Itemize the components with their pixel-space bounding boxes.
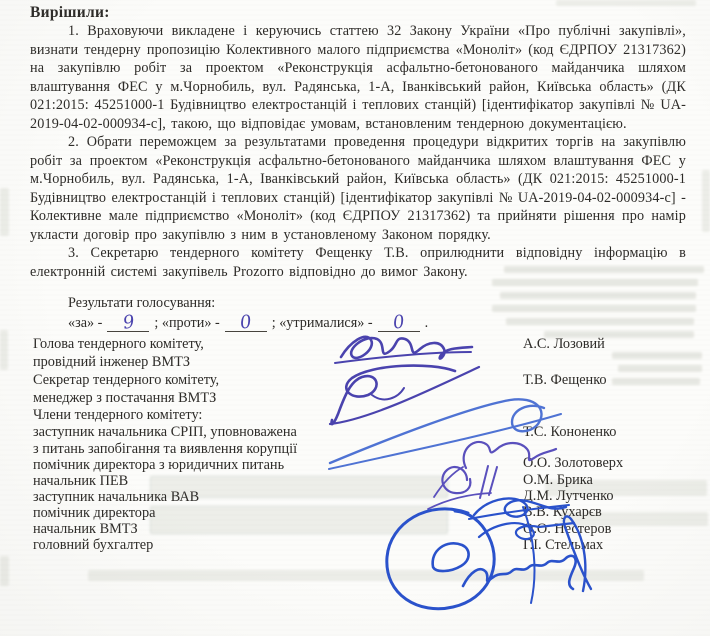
- voting-period: .: [425, 315, 429, 331]
- signatory-name: О.М. Брика: [523, 472, 593, 489]
- vote-abstained-label: ; «утрималися» -: [272, 315, 373, 331]
- signatory-role-line: з питань запобігання та виявлення корупц…: [33, 441, 297, 458]
- signatory-name: Т.С. Кононенко: [523, 424, 616, 441]
- signatory-name: Д.М. Лутченко: [523, 488, 613, 505]
- signatory-role-line: помічник директора: [33, 505, 155, 522]
- vote-against-blank: 0: [225, 314, 267, 332]
- voting-results: Результати голосування: «за» -9; «проти»…: [68, 294, 686, 332]
- resolution-heading: Вирішили:: [30, 3, 686, 22]
- bleedthrough-mid-right: [612, 352, 706, 391]
- resolution-paragraph-3: 3. Секретарю тендерного комітету Фещенку…: [30, 244, 686, 281]
- vote-for-blank: 9: [107, 314, 149, 332]
- bleedthrough-table-row: [150, 506, 448, 534]
- document-page: Вирішили: 1. Враховуючи викладене і керу…: [0, 0, 710, 636]
- signature-lutchenko: [428, 493, 491, 509]
- signature-feshchenko: [330, 366, 479, 425]
- signatory-role-line: провідний інженер ВМТЗ: [33, 354, 190, 371]
- bleedthrough-left-edge: [0, 188, 9, 236]
- signature-lozovyi: [335, 337, 472, 363]
- signatory-role-line: Члени тендерного комітету:: [33, 407, 202, 424]
- resolution-body: Вирішили: 1. Враховуючи викладене і керу…: [30, 3, 686, 332]
- vote-abstained-value: 0: [392, 314, 406, 331]
- signatory-role-line: начальник ВМТЗ: [33, 521, 138, 538]
- signatory-role-line: Голова тендерного комітету,: [33, 336, 204, 353]
- signatory-role-line: начальник ПЕВ: [33, 473, 128, 490]
- signatory-role-line: менеджер з постачання ВМТЗ: [33, 390, 216, 407]
- vote-against-value: 0: [239, 314, 253, 331]
- voting-title: Результати голосування:: [68, 294, 686, 313]
- bleedthrough-bottom-line: [88, 570, 644, 581]
- bleedthrough-left-edge: [0, 556, 9, 586]
- bleedthrough-left-edge: [0, 330, 8, 370]
- signatory-name: Т.В. Фещенко: [523, 372, 607, 389]
- signatory-name: О.О. Нестеров: [523, 521, 611, 538]
- vote-against-label: ; «проти» -: [154, 315, 219, 331]
- resolution-paragraph-1: 1. Враховуючи викладене і керуючись стат…: [30, 22, 686, 133]
- signatory-name: О.О. Золотоверх: [523, 455, 623, 472]
- vote-abstained-blank: 0: [378, 314, 420, 332]
- signatory-name: Г.І. Стельмах: [523, 537, 603, 554]
- signatory-role-line: Секретар тендерного комітету,: [33, 372, 219, 389]
- vote-for-label: «за» -: [68, 315, 102, 331]
- resolution-paragraph-2: 2. Обрати переможцем за результатами про…: [30, 133, 686, 244]
- voting-line: «за» -9; «проти» -0; «утрималися» -0.: [68, 314, 686, 333]
- signatory-role-line: заступник начальника ВАВ: [33, 489, 199, 506]
- signatory-role-line: заступник начальника СРІП, уповноважена: [33, 424, 297, 441]
- signatory-role-line: головний бухгалтер: [33, 537, 153, 554]
- vote-for-value: 9: [122, 314, 136, 331]
- signatory-role-line: помічник директора з юридичних питань: [33, 457, 284, 474]
- signatory-name: А.С. Лозовий: [523, 336, 605, 353]
- signatory-name: В.В. Кухарєв: [523, 504, 602, 521]
- bleedthrough-right-edge: [702, 170, 710, 232]
